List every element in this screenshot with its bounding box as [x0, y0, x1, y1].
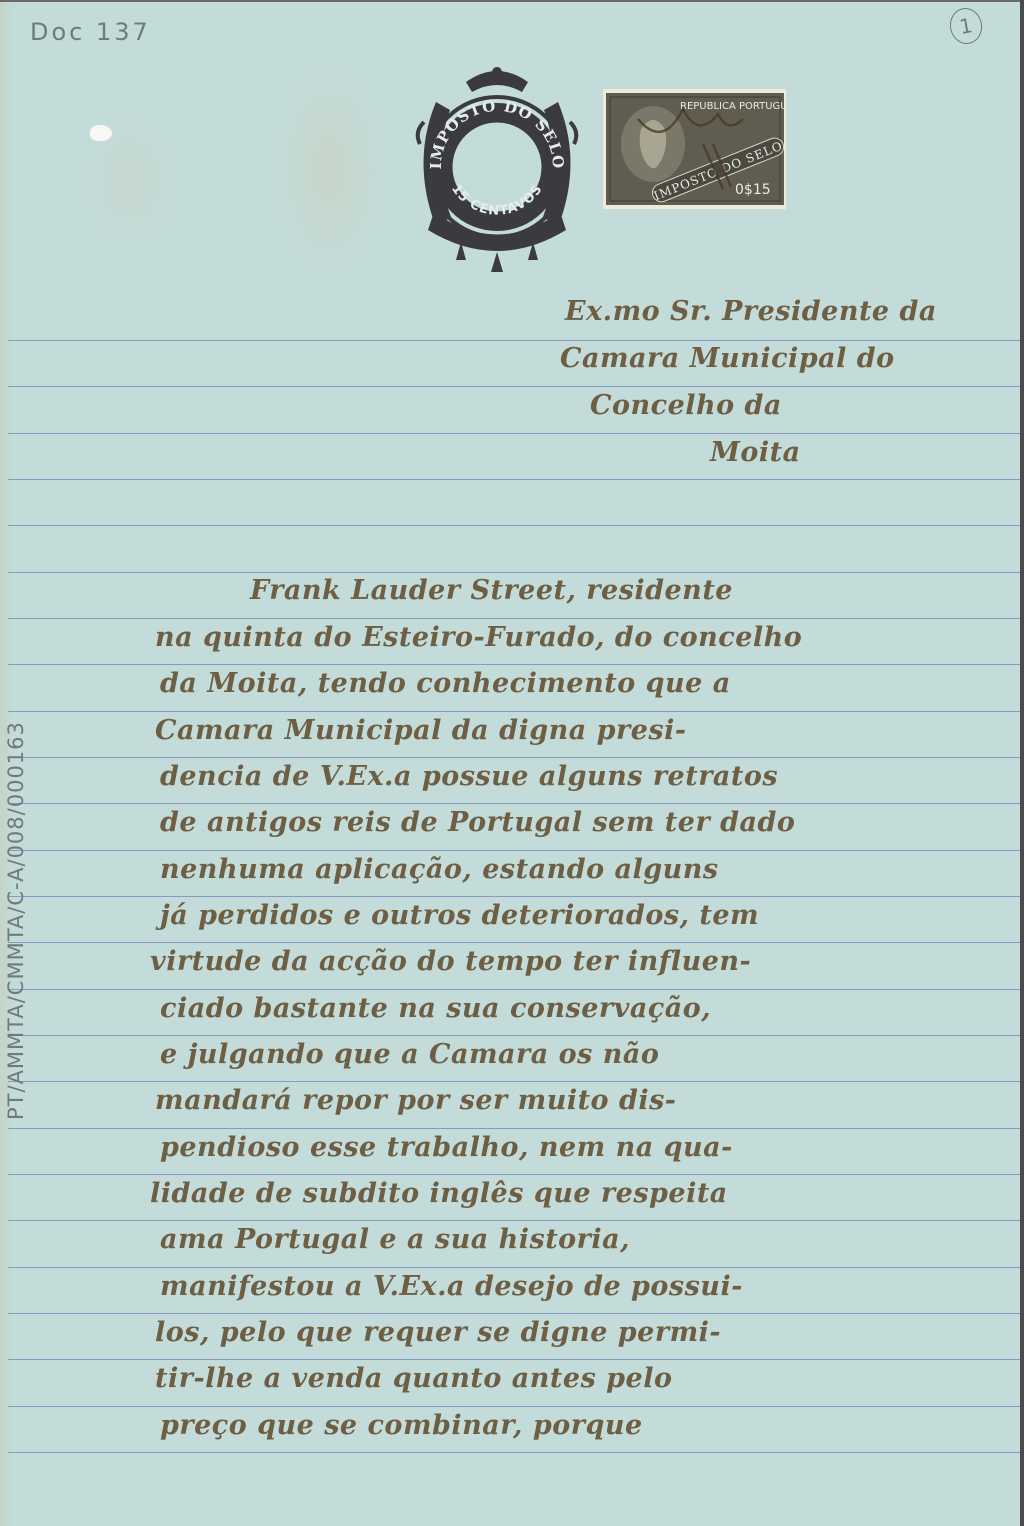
- ruled-line: [8, 572, 1020, 573]
- ruled-line: [8, 1081, 1020, 1082]
- address-line: Ex.mo Sr. Presidente da: [565, 296, 937, 327]
- doc-reference: Doc 137: [30, 18, 151, 46]
- body-line: nenhuma aplicação, estando alguns: [160, 854, 719, 885]
- address-line: Moita: [710, 437, 801, 468]
- address-line: Camara Municipal do: [560, 343, 895, 374]
- ruled-line: [8, 525, 1020, 526]
- document-page: Doc 137 1 PT/AMMTA/CMMTA/C-A/008/000163 …: [0, 0, 1024, 1526]
- ruled-line: [8, 896, 1020, 897]
- ruled-line: [8, 1406, 1020, 1407]
- ruled-line: [8, 386, 1020, 387]
- body-line: lidade de subdito inglês que respeita: [150, 1178, 728, 1209]
- ruled-line: [8, 942, 1020, 943]
- body-line: Camara Municipal da digna presi-: [155, 715, 687, 746]
- stamp-country: REPUBLICA PORTUGUESA: [680, 101, 786, 112]
- body-line: na quinta do Esteiro-Furado, do concelho: [155, 622, 802, 653]
- body-line: ama Portugal e a sua historia,: [160, 1224, 630, 1255]
- ruled-line: [8, 1174, 1020, 1175]
- ruled-line: [8, 1359, 1020, 1360]
- postage-revenue-stamp: REPUBLICA PORTUGUESA IMPOSTO DO SELO 0$1…: [603, 89, 786, 209]
- body-line: mandará repor por ser muito dis-: [155, 1085, 677, 1116]
- ruled-line: [8, 1128, 1020, 1129]
- stamp-value: 0$15: [735, 182, 771, 198]
- body-line: pendioso esse trabalho, nem na qua-: [160, 1132, 733, 1163]
- ruled-line: [8, 989, 1020, 990]
- ruled-line: [8, 1035, 1020, 1036]
- ruled-line: [8, 433, 1020, 434]
- ruled-line: [8, 850, 1020, 851]
- body-line: já perdidos e outros deteriorados, tem: [160, 900, 759, 931]
- body-line: e julgando que a Camara os não: [160, 1039, 659, 1070]
- body-line: los, pelo que requer se digne permi-: [155, 1317, 721, 1348]
- body-line: ciado bastante na sua conservação,: [160, 993, 711, 1024]
- ruled-line: [8, 1452, 1020, 1453]
- address-line: Concelho da: [590, 390, 782, 421]
- ruled-line: [8, 803, 1020, 804]
- page-number: 1: [947, 5, 985, 46]
- body-line: Frank Lauder Street, residente: [250, 575, 733, 606]
- scan-edge-top: [0, 0, 1024, 2]
- body-line: de antigos reis de Portugal sem ter dado: [160, 807, 795, 838]
- body-line: da Moita, tendo conhecimento que a: [160, 668, 731, 699]
- body-line: virtude da acção do tempo ter influen-: [150, 946, 751, 977]
- body-line: tir-lhe a venda quanto antes pelo: [155, 1363, 673, 1394]
- scan-edge-right: [1020, 0, 1024, 1526]
- ruled-line: [8, 1313, 1020, 1314]
- ruled-line: [8, 757, 1020, 758]
- ruled-line: [8, 340, 1020, 341]
- body-line: preço que se combinar, porque: [160, 1410, 643, 1441]
- revenue-seal-emblem: IMPOSTO DO SELO 15 CENTAVOS: [406, 62, 588, 272]
- archive-call-number: PT/AMMTA/CMMTA/C-A/008/000163: [4, 721, 28, 1120]
- ruled-line: [8, 1267, 1020, 1268]
- punch-hole: [90, 125, 112, 141]
- ruled-line: [8, 1220, 1020, 1221]
- ruled-line: [8, 711, 1020, 712]
- ruled-line: [8, 479, 1020, 480]
- body-line: manifestou a V.Ex.a desejo de possui-: [160, 1271, 743, 1302]
- ruled-line: [8, 664, 1020, 665]
- ruled-line: [8, 618, 1020, 619]
- body-line: dencia de V.Ex.a possue alguns retratos: [160, 761, 778, 792]
